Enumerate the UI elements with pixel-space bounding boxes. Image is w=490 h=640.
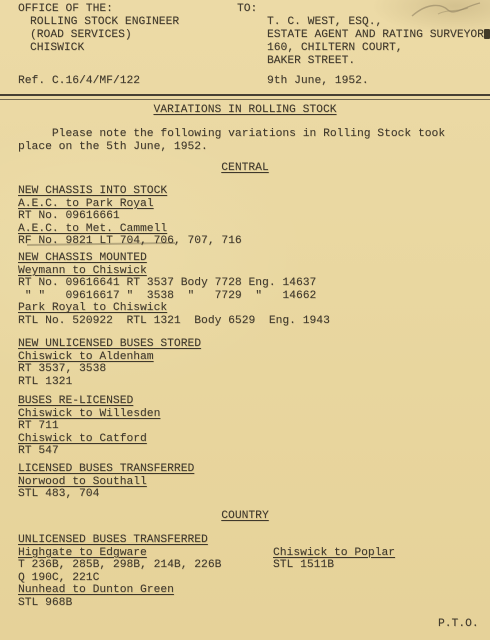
route-line: Highgate to Edgware bbox=[18, 547, 221, 560]
recipient-line: BAKER STREET. bbox=[267, 55, 484, 68]
country-heading: COUNTRY bbox=[221, 510, 268, 522]
document-title: VARIATIONS IN ROLLING STOCK bbox=[153, 104, 336, 116]
route-line: Chiswick to Aldenham bbox=[18, 351, 201, 364]
stock-line: RTL 1321 bbox=[18, 376, 201, 389]
pto-note: P.T.O. bbox=[438, 618, 479, 631]
office-line: (ROAD SERVICES) bbox=[30, 29, 179, 42]
group-heading: NEW CHASSIS INTO STOCK bbox=[18, 185, 242, 198]
route-line: A.E.C. to Park Royal bbox=[18, 198, 242, 211]
central-heading-row: CENTRAL bbox=[0, 162, 490, 175]
route-line: Chiswick to Willesden bbox=[18, 408, 160, 421]
route-line: Chiswick to Poplar bbox=[273, 547, 395, 560]
country-heading-row: COUNTRY bbox=[0, 510, 490, 523]
stock-line: RT 3537, 3538 bbox=[18, 363, 201, 376]
route-line: Weymann to Chiswick bbox=[18, 265, 330, 278]
letter-date: 9th June, 1952. bbox=[267, 75, 369, 88]
stock-line: " " 09616617 " 3538 " 7729 " 14662 bbox=[18, 290, 330, 303]
route-line: Norwood to Southall bbox=[18, 476, 194, 489]
stock-line: STL 1511B bbox=[273, 559, 395, 572]
country-left-column: Highgate to Edgware T 236B, 285B, 298B, … bbox=[18, 547, 221, 610]
document-title-row: VARIATIONS IN ROLLING STOCK bbox=[0, 104, 490, 117]
scan-artifact-mark bbox=[484, 29, 490, 39]
country-right-column: Chiswick to Poplar STL 1511B bbox=[273, 547, 395, 572]
stock-line: Q 190C, 221C bbox=[18, 572, 221, 585]
office-line: CHISWICK bbox=[30, 42, 179, 55]
route-line: Nunhead to Dunton Green bbox=[18, 584, 221, 597]
to-label: TO: bbox=[237, 3, 257, 16]
recipient-line: T. C. WEST, ESQ., bbox=[267, 16, 484, 29]
office-line: ROLLING STOCK ENGINEER bbox=[30, 16, 179, 29]
central-heading: CENTRAL bbox=[221, 162, 268, 174]
stock-line: STL 968B bbox=[18, 597, 221, 610]
stock-line: STL 483, 704 bbox=[18, 488, 194, 501]
intro-paragraph: Please note the following variations in … bbox=[18, 128, 445, 153]
section-group-new-chassis-mounted: NEW CHASSIS MOUNTED Weymann to Chiswick … bbox=[18, 252, 330, 327]
office-block: OFFICE OF THE: ROLLING STOCK ENGINEER (R… bbox=[18, 3, 179, 55]
group-heading: BUSES RE-LICENSED bbox=[18, 395, 160, 408]
group-heading: NEW CHASSIS MOUNTED bbox=[18, 252, 330, 265]
stock-line: RTL No. 520922 RTL 1321 Body 6529 Eng. 1… bbox=[18, 315, 330, 328]
section-group-new-chassis-into-stock: NEW CHASSIS INTO STOCK A.E.C. to Park Ro… bbox=[18, 185, 242, 248]
stock-line: RT 547 bbox=[18, 445, 160, 458]
section-group-licensed-buses-transferred: LICENSED BUSES TRANSFERRED Norwood to So… bbox=[18, 463, 194, 501]
section-group-new-unlicensed-buses-stored: NEW UNLICENSED BUSES STORED Chiswick to … bbox=[18, 338, 201, 388]
route-line: A.E.C. to Met. Cammell bbox=[18, 223, 242, 236]
stock-line: RF No. 9821 LT 704, 706, 707, 716 bbox=[18, 235, 242, 248]
stock-line: RT 711 bbox=[18, 420, 160, 433]
recipient-block: T. C. WEST, ESQ., ESTATE AGENT AND RATIN… bbox=[267, 16, 484, 68]
group-heading: UNLICENSED BUSES TRANSFERRED bbox=[18, 534, 478, 547]
header-rule bbox=[0, 94, 490, 100]
recipient-line: ESTATE AGENT AND RATING SURVEYOR bbox=[267, 29, 484, 42]
recipient-line: 160, CHILTERN COURT, bbox=[267, 42, 484, 55]
section-group-unlicensed-buses-transferred: UNLICENSED BUSES TRANSFERRED Highgate to… bbox=[18, 534, 478, 547]
office-label: OFFICE OF THE: bbox=[18, 3, 179, 16]
section-group-buses-re-licensed: BUSES RE-LICENSED Chiswick to Willesden … bbox=[18, 395, 160, 458]
group-heading: NEW UNLICENSED BUSES STORED bbox=[18, 338, 201, 351]
ref-number: Ref. C.16/4/MF/122 bbox=[18, 75, 140, 88]
document-page: OFFICE OF THE: ROLLING STOCK ENGINEER (R… bbox=[0, 0, 490, 640]
route-line: Park Royal to Chiswick bbox=[18, 302, 330, 315]
route-line: Chiswick to Catford bbox=[18, 433, 160, 446]
stock-line: RT No. 09616661 bbox=[18, 210, 242, 223]
group-heading: LICENSED BUSES TRANSFERRED bbox=[18, 463, 194, 476]
stock-line: RT No. 09616641 RT 3537 Body 7728 Eng. 1… bbox=[18, 277, 330, 290]
stock-line: T 236B, 285B, 298B, 214B, 226B bbox=[18, 559, 221, 572]
